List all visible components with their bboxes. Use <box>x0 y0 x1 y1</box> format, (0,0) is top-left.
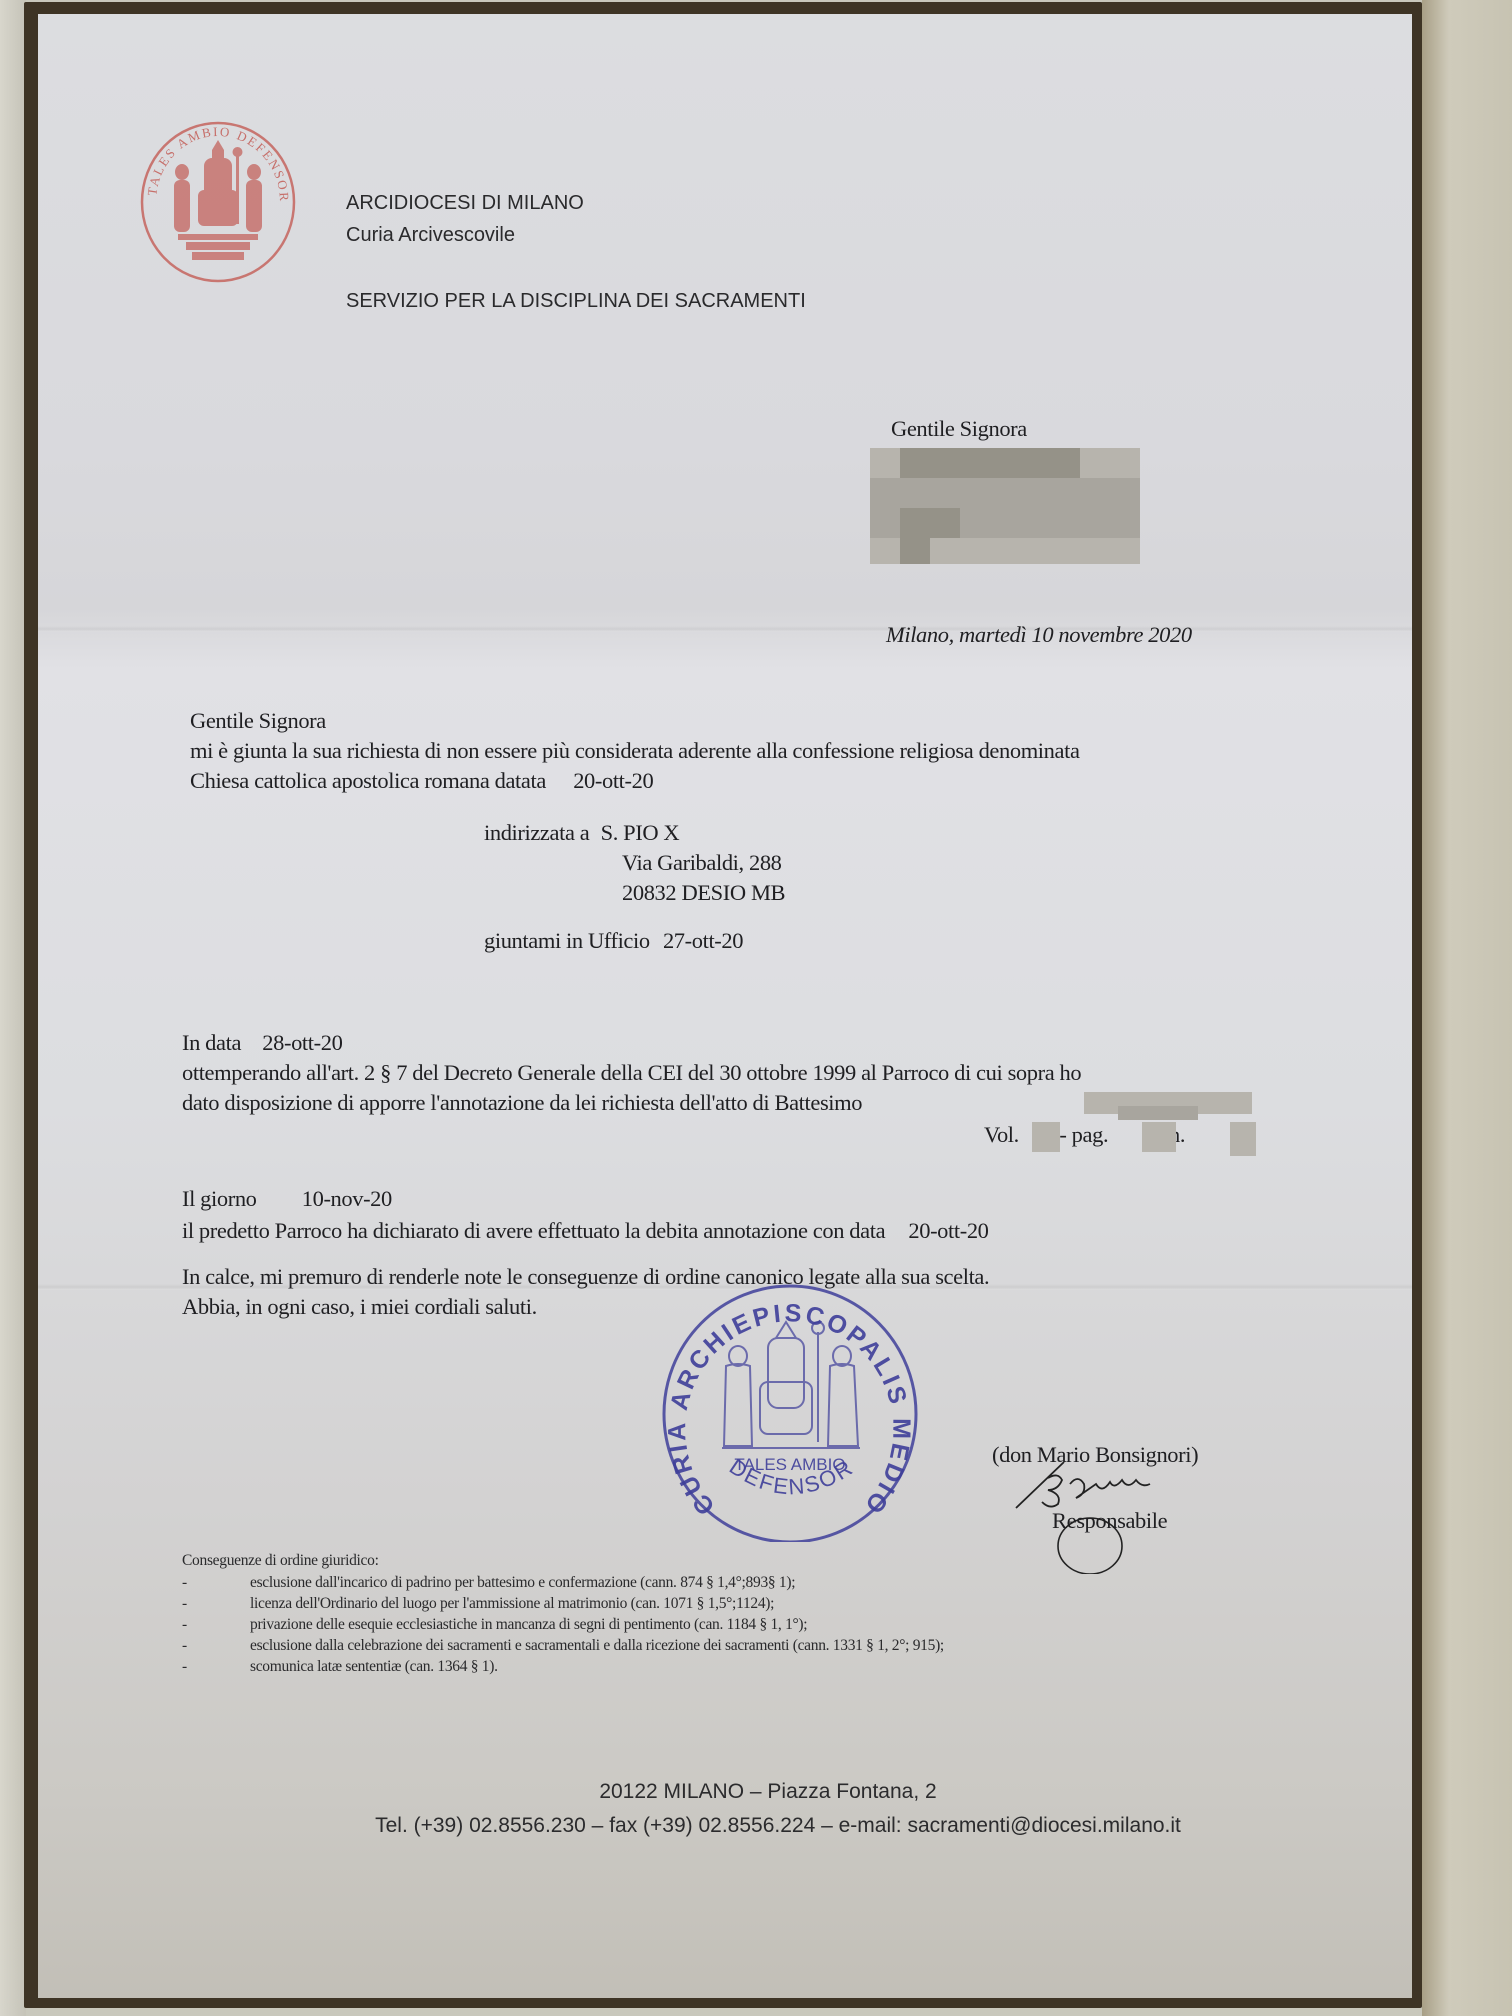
footer-address: 20122 MILANO – Piazza Fontana, 2 <box>38 1780 1412 1804</box>
consequences-title: Conseguenze di ordine giuridico: <box>182 1552 379 1570</box>
request-text: Chiesa cattolica apostolica romana datat… <box>190 768 546 793</box>
org-name: ARCIDIOCESI DI MILANO <box>346 192 584 215</box>
background-wall-right <box>1422 0 1512 2016</box>
archdiocese-seal-icon: TALES AMBIO DEFENSORES <box>138 120 298 284</box>
received-line: giuntami in Ufficio 27-ott-20 <box>484 928 743 954</box>
parish-street: Via Garibaldi, 288 <box>622 850 782 876</box>
body-paragraph-1-line-2: Chiesa cattolica apostolica romana datat… <box>190 768 653 794</box>
body-paragraph-3: il predetto Parroco ha dichiarato di ave… <box>182 1218 989 1244</box>
org-subtitle: Curia Arcivescovile <box>346 224 515 247</box>
giorno-label: Il giorno <box>182 1186 257 1211</box>
curia-stamp-icon: CURIA ARCHIEPISCOPALIS MEDIOLANI TALES A… <box>656 1278 920 1542</box>
background-wall-left <box>0 0 26 2016</box>
body-greeting: Gentile Signora <box>190 708 326 734</box>
addressed-line: indirizzata a S. PIO X <box>484 820 679 846</box>
annotation-date: 20-ott-20 <box>908 1218 988 1243</box>
request-date: 20-ott-20 <box>573 768 653 793</box>
body-paragraph-2-line-1: ottemperando all'art. 2 § 7 del Decreto … <box>182 1060 1081 1086</box>
parish-name: S. PIO X <box>601 820 680 845</box>
vol-label: Vol. <box>984 1122 1019 1147</box>
received-label: giuntami in Ufficio <box>484 928 650 953</box>
parish-city: 20832 DESIO MB <box>622 880 785 906</box>
in-data-date: 28-ott-20 <box>262 1030 342 1055</box>
service-name: SERVIZIO PER LA DISCIPLINA DEI SACRAMENT… <box>346 290 806 313</box>
footer-contacts: Tel. (+39) 02.8556.230 – fax (+39) 02.85… <box>38 1814 1412 1838</box>
body-paragraph-4-line-2: Abbia, in ogni caso, i miei cordiali sal… <box>182 1294 537 1320</box>
giorno-date: 10-nov-20 <box>302 1186 392 1211</box>
received-date: 27-ott-20 <box>663 928 743 953</box>
annotation-text: il predetto Parroco ha dichiarato di ave… <box>182 1218 885 1243</box>
body-paragraph-2-line-2: dato disposizione di apporre l'annotazio… <box>182 1090 862 1116</box>
body-paragraph-1-line-1: mi è giunta la sua richiesta di non esse… <box>190 738 1080 764</box>
letter-date: Milano, martedì 10 novembre 2020 <box>886 622 1192 648</box>
pag-label: - pag. <box>1059 1122 1108 1147</box>
recipient-salutation: Gentile Signora <box>891 416 1027 442</box>
paper-fold <box>38 626 1412 632</box>
signatory-role: Responsabile <box>1052 1508 1167 1534</box>
in-data-label: In data <box>182 1030 241 1055</box>
giorno-line: Il giorno 10-nov-20 <box>182 1186 392 1212</box>
letter-page: TALES AMBIO DEFENSORES ARCIDIOCESI DI MI… <box>38 14 1412 1998</box>
addressed-label: indirizzata a <box>484 820 589 845</box>
in-data-line: In data 28-ott-20 <box>182 1030 342 1056</box>
